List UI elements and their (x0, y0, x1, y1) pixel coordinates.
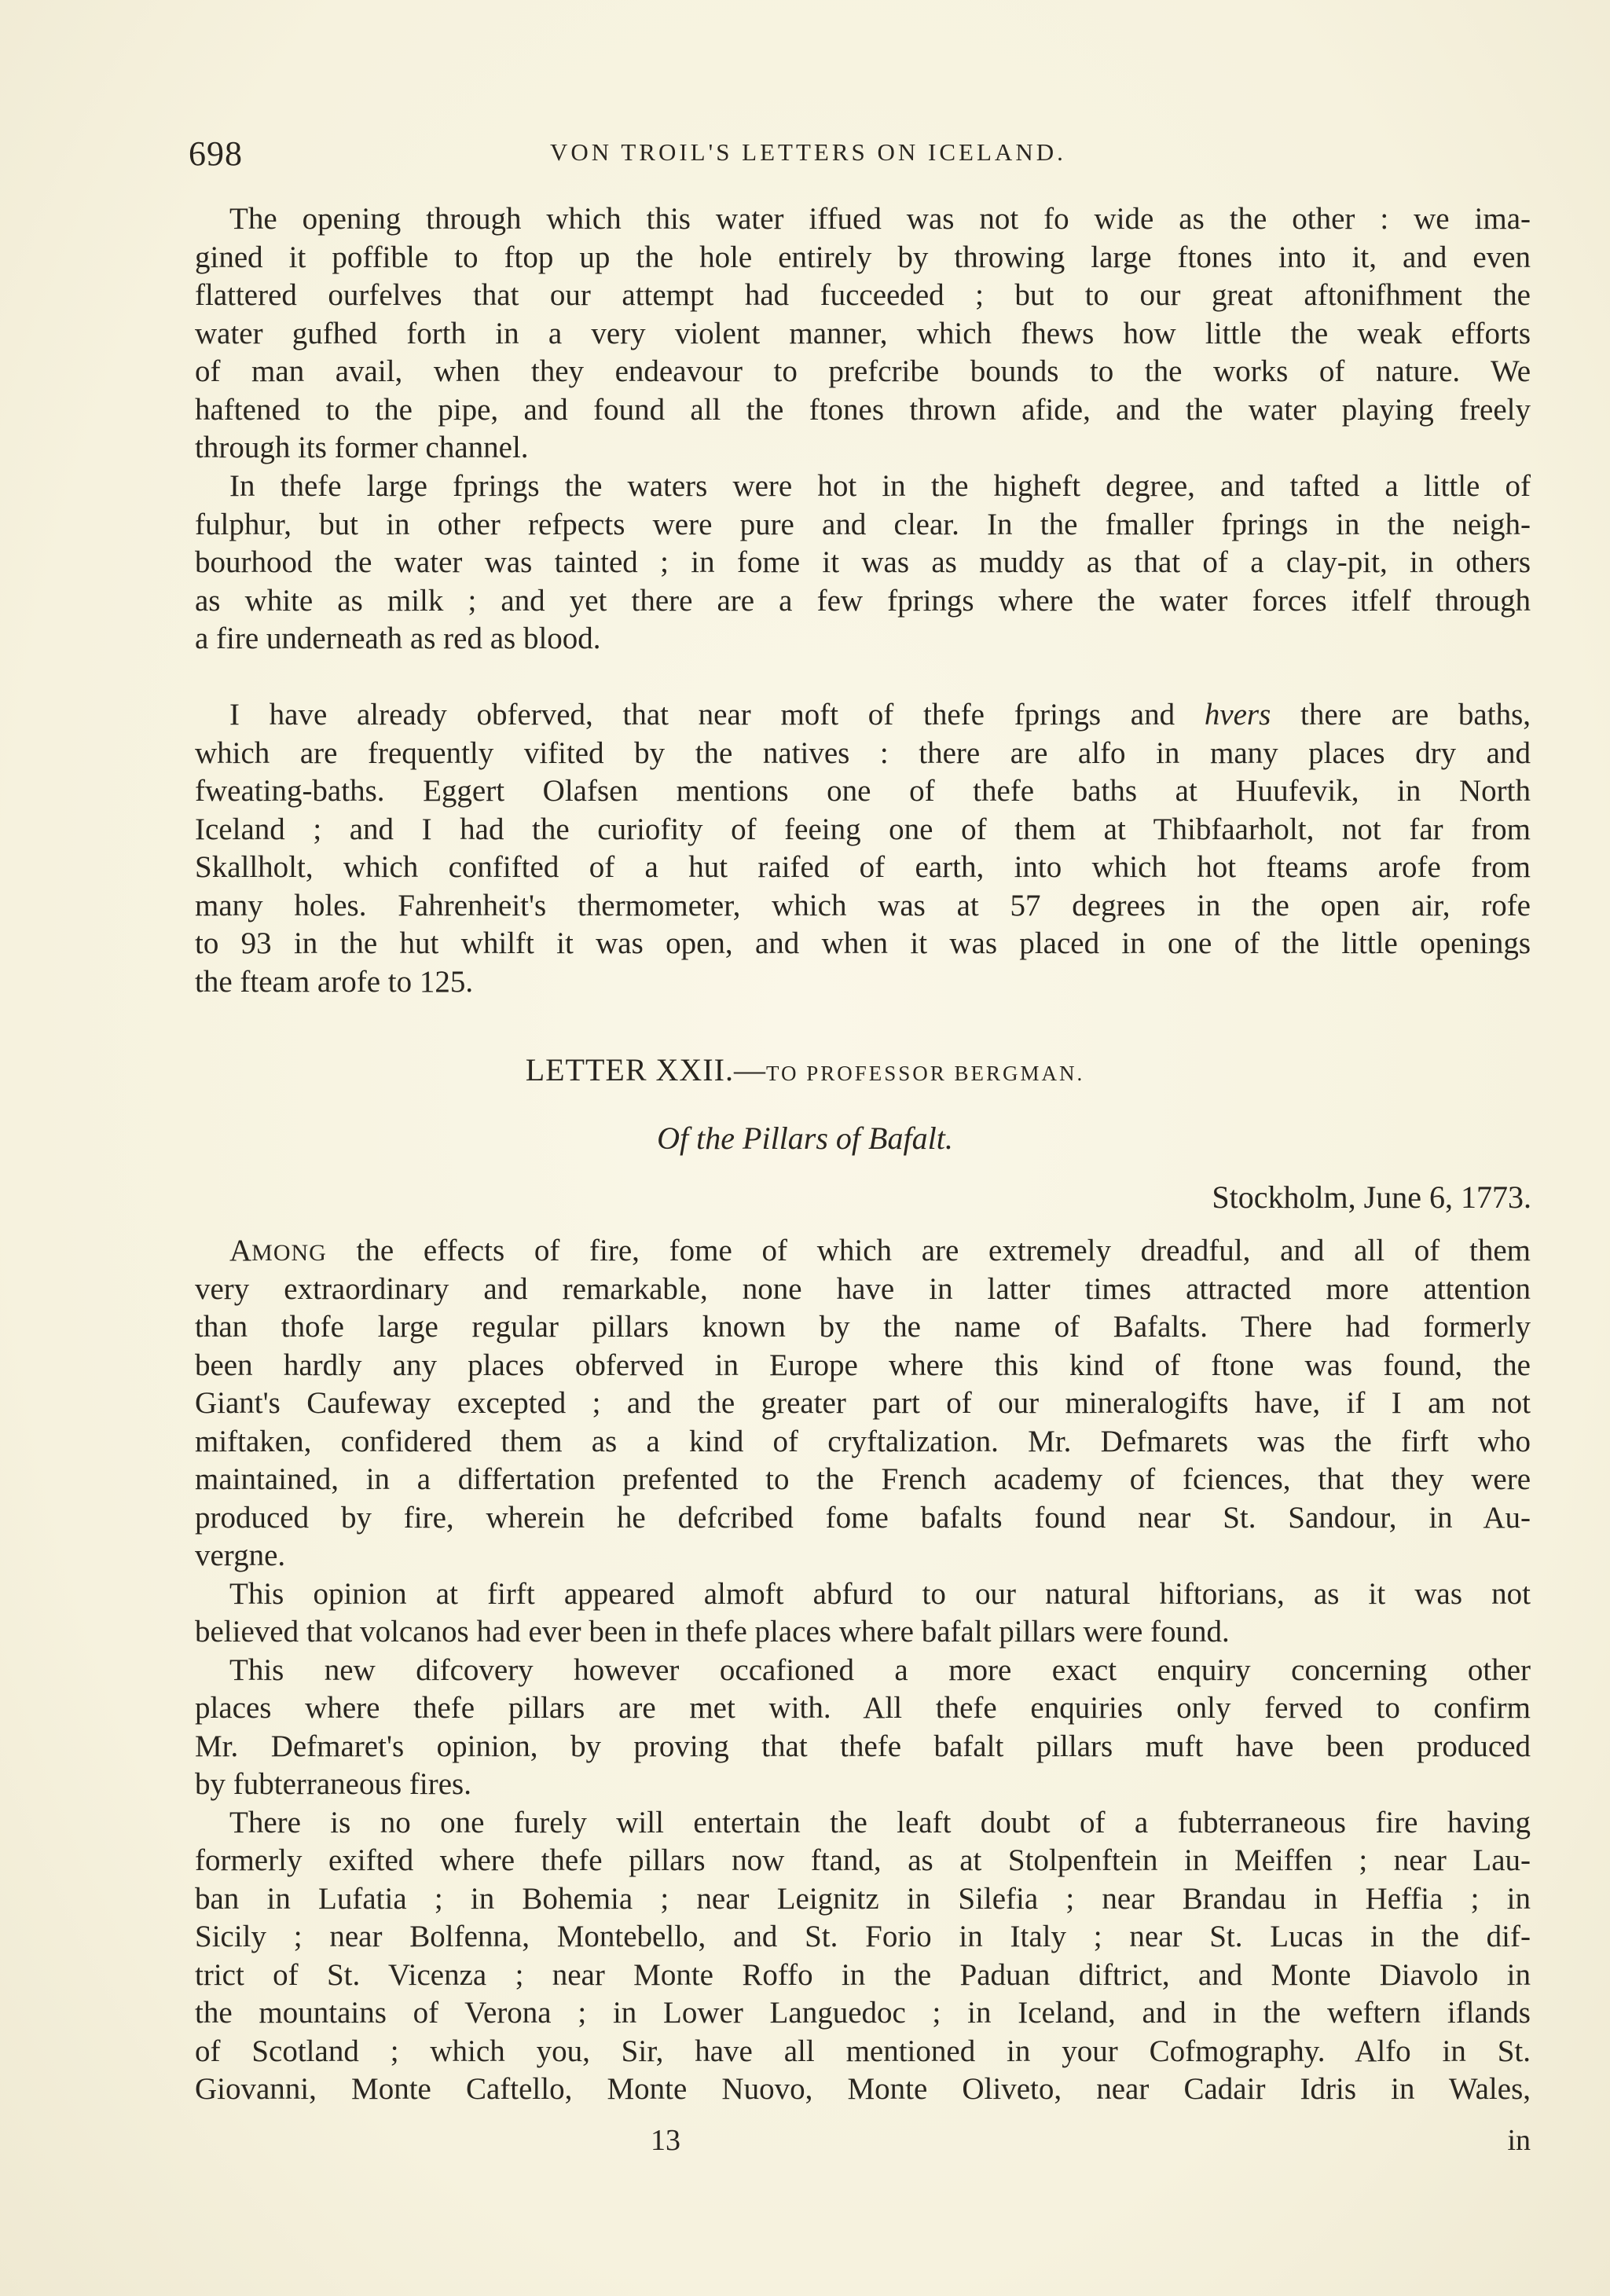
text-line: formerly exifted where thefe pillars now… (195, 1842, 1531, 1880)
text-line: than thofe large regular pillars known b… (195, 1308, 1531, 1347)
text-line: believed that volcanos had ever been in … (195, 1613, 1531, 1652)
text-line: Sicily ; near Bolfenna, Montebello, and … (195, 1918, 1531, 1957)
text-line: ban in Lufatia ; in Bohemia ; near Leign… (195, 1880, 1531, 1919)
text-line: produced by fire, wherein he defcribed f… (195, 1499, 1531, 1538)
text-line: The opening through which this water iff… (195, 200, 1531, 239)
letter-subtitle: Of the Pillars of Bafalt. (0, 1120, 1610, 1157)
paragraph-baths: I have already obferved, that near moft … (195, 696, 1531, 1001)
dateline: Stockholm, June 6, 1773. (1212, 1179, 1531, 1216)
text-line: many holes. Fahrenheit's thermometer, wh… (195, 887, 1531, 926)
text-line: of Scotland ; which you, Sir, have all m… (195, 2033, 1531, 2071)
letter-heading: LETTER XXII.—to professor bergman. (0, 1051, 1610, 1088)
text-line: There is no one furely will entertain th… (195, 1804, 1531, 1843)
initial-letter: A (229, 1234, 251, 1267)
text-line: gined it poffible to ftop up the hole en… (195, 239, 1531, 277)
text-line: Giovanni, Monte Caftello, Monte Nuovo, M… (195, 2070, 1531, 2109)
text-line: bourhood the water was tainted ; in fome… (195, 544, 1531, 582)
page-header: 698 VON TROIL'S LETTERS ON ICELAND. (189, 134, 1532, 181)
text-line: been hardly any places obferved in Europ… (195, 1347, 1531, 1385)
text-line: I have already obferved, that near moft … (195, 696, 1531, 735)
text-line: a fire underneath as red as blood. (195, 620, 1531, 658)
small-caps-word: mong (251, 1240, 327, 1266)
text-line: the fteam arofe to 125. (195, 963, 1531, 1002)
text-line: which are frequently vifited by the nati… (195, 735, 1531, 773)
text-line: vergne. (195, 1537, 1531, 1575)
text-line: maintained, in a differtation prefented … (195, 1461, 1531, 1499)
signature-mark: 13 (651, 2123, 680, 2158)
text-line: of man avail, when they endeavour to pre… (195, 353, 1531, 391)
paragraph-opening: The opening through which this water iff… (195, 200, 1531, 468)
text-line: Mr. Defmaret's opinion, by proving that … (195, 1728, 1531, 1766)
text-line: fulphur, but in other refpects were pure… (195, 506, 1531, 545)
text-line: This opinion at firft appeared almoft ab… (195, 1575, 1531, 1614)
text-line: as white as milk ; and yet there are a f… (195, 582, 1531, 621)
text-segment: I have already obferved, that near moft … (229, 698, 1205, 732)
text-line: This new difcovery however occafioned a … (195, 1652, 1531, 1690)
page-number: 698 (189, 134, 243, 174)
text-line: very extraordinary and remarkable, none … (195, 1271, 1531, 1309)
running-head: VON TROIL'S LETTERS ON ICELAND. (550, 138, 1066, 167)
text-line: Iceland ; and I had the curiofity of fee… (195, 811, 1531, 849)
text-line: In thefe large fprings the waters were h… (195, 468, 1531, 506)
text-line: Among the effects of fire, fome of which… (195, 1232, 1531, 1271)
text-line: water gufhed forth in a very violent man… (195, 315, 1531, 354)
text-line: flattered ourfelves that our attempt had… (195, 277, 1531, 315)
page-footer: 13 in (195, 2123, 1531, 2162)
italic-word: hvers (1205, 698, 1271, 732)
letter-number: LETTER XXII.— (526, 1052, 766, 1087)
text-line: trict of St. Vicenza ; near Monte Roffo … (195, 1957, 1531, 1995)
paragraph-springs: In thefe large fprings the waters were h… (195, 468, 1531, 658)
catchword: in (1507, 2123, 1531, 2158)
text-line: fweating-baths. Eggert Olafsen mentions … (195, 772, 1531, 811)
text-line: Skallholt, which confifted of a hut raif… (195, 849, 1531, 887)
text-segment: the effects of fire, fome of which are e… (327, 1234, 1531, 1267)
text-line: miftaken, confidered them as a kind of c… (195, 1423, 1531, 1462)
text-line: to 93 in the hut whilft it was open, and… (195, 925, 1531, 963)
text-line: haftened to the pipe, and found all the … (195, 391, 1531, 430)
text-line: through its former channel. (195, 429, 1531, 468)
letter-recipient: to professor bergman. (766, 1062, 1084, 1085)
text-segment: there are baths, (1271, 698, 1531, 732)
text-line: the mountains of Verona ; in Lower Langu… (195, 1994, 1531, 2033)
text-line: places where thefe pillars are met with.… (195, 1689, 1531, 1728)
letter-body: Among the effects of fire, fome of which… (195, 1232, 1531, 2109)
text-line: by fubterraneous fires. (195, 1766, 1531, 1804)
text-line: Giant's Caufeway excepted ; and the grea… (195, 1385, 1531, 1423)
book-page: 698 VON TROIL'S LETTERS ON ICELAND. The … (0, 0, 1610, 2296)
